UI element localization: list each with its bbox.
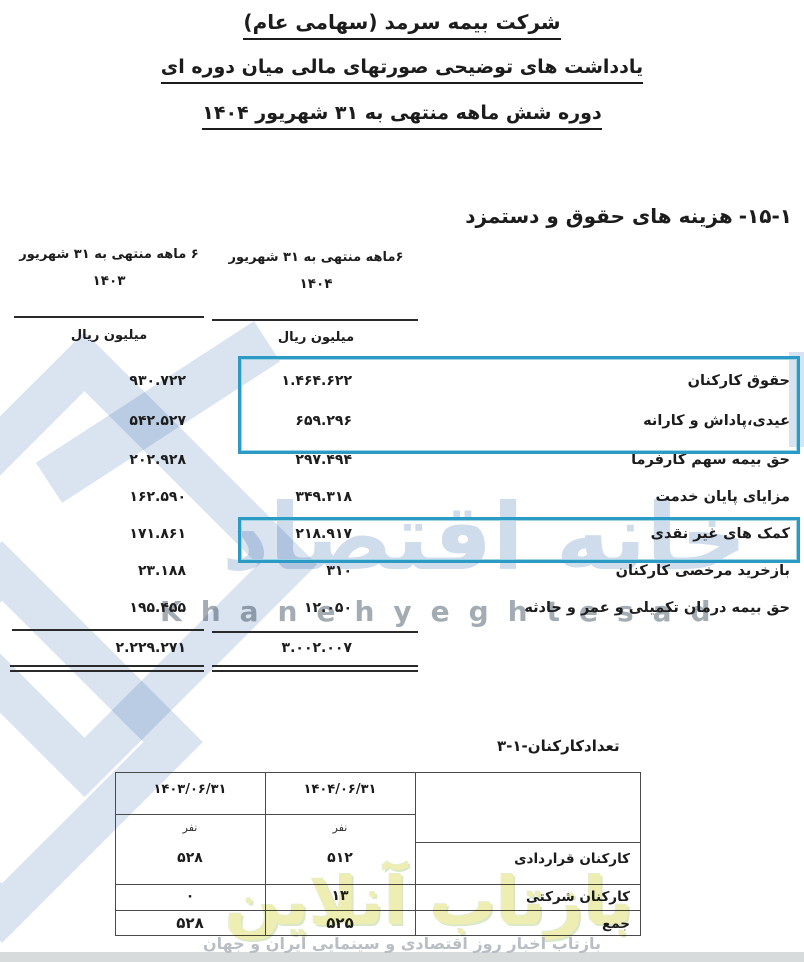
company-title-text: شرکت بیمه سرمد (سهامی عام) xyxy=(243,10,560,40)
employees-row-label: کارکنان قراردادی xyxy=(514,851,630,867)
employees-value-1403: ۵۲۸ xyxy=(116,850,264,866)
employees-unit-1403: نفر xyxy=(116,821,264,834)
note-number-part: - xyxy=(771,204,779,228)
value-1403: ۱۹۵.۴۵۵ xyxy=(46,600,186,616)
column-year-1403: ۱۴۰۳ xyxy=(14,273,204,290)
employees-total-1404: ۵۲۵ xyxy=(266,914,414,932)
statement-title: یادداشت های توضیحی صورتهای مالی میان دور… xyxy=(0,56,804,84)
note-employees-title: تعدادکارکنان xyxy=(528,737,620,755)
column-year-1404: ۱۴۰۴ xyxy=(214,276,418,293)
statement-title-text: یادداشت های توضیحی صورتهای مالی میان دور… xyxy=(161,56,643,84)
note-number-part: ۱ xyxy=(780,204,792,228)
row-label: حق بیمه سهم کارفرما xyxy=(631,452,790,468)
note-number-part: ۱ xyxy=(512,737,521,755)
period-title-text: دوره شش ماهه منتهی به ۳۱ شهریور ۱۴۰۴ xyxy=(202,102,601,130)
row-label: مزایای پایان خدمت xyxy=(655,489,790,505)
employees-date-1404: ۱۴۰۴/۰۶/۳۱ xyxy=(266,782,414,797)
value-1404: ۳۱۰ xyxy=(212,563,352,579)
value-1404: ۳۴۹.۳۱۸ xyxy=(212,489,352,505)
company-title: شرکت بیمه سرمد (سهامی عام) xyxy=(0,10,804,40)
note-salary-heading: هزینه های حقوق و دستمزد - ۱۵ - ۱ xyxy=(465,204,792,228)
total-double-rule-1403 xyxy=(10,670,204,672)
total-row: ۲.۲۲۹.۲۷۱ ۳.۰۰۲.۰۰۷ xyxy=(0,640,804,660)
header-rule-1403 xyxy=(14,316,204,318)
employees-date-1403: ۱۴۰۳/۰۶/۳۱ xyxy=(116,782,264,797)
total-double-rule-1404 xyxy=(212,665,418,667)
table-border xyxy=(415,842,640,843)
total-double-rule-1403 xyxy=(10,665,204,667)
row-label: بازخرید مرخصی کارکنان xyxy=(616,563,790,579)
table-row: ۱۶۲.۵۹۰ ۳۴۹.۳۱۸ مزایای پایان خدمت xyxy=(0,489,804,509)
table-border xyxy=(415,772,416,936)
value-1403: ۵۴۲.۵۲۷ xyxy=(46,413,186,429)
highlight-box-noncash xyxy=(238,517,800,563)
employees-value-1404: ۱۳ xyxy=(266,888,414,904)
table-border xyxy=(115,772,640,773)
employees-total-1403: ۵۲۸ xyxy=(116,914,264,932)
value-1403: ۱۶۲.۵۹۰ xyxy=(46,489,186,505)
note-employees-heading: ۳ - ۱ - تعدادکارکنان xyxy=(497,737,620,755)
scanned-document-page: خانه اقتصاد Khanehyeghtesad شرکت بیمه سر… xyxy=(0,0,804,962)
note-salary-title: هزینه های حقوق و دستمزد xyxy=(465,204,733,228)
total-double-rule-1404 xyxy=(212,670,418,672)
column-period-1404: ۶ماهه منتهی به ۳۱ شهریور xyxy=(214,250,418,266)
table-border xyxy=(115,884,640,885)
total-1403: ۲.۲۲۹.۲۷۱ xyxy=(46,640,186,656)
subtotal-rule-1403 xyxy=(12,629,204,631)
unit-label-1403: میلیون ریال xyxy=(14,328,204,343)
unit-label-1404: میلیون ریال xyxy=(214,330,418,345)
row-label: حق بیمه درمان تکمیلی و عمر و حادثه xyxy=(524,600,790,616)
employees-total-label: جمع xyxy=(602,916,630,932)
subtotal-rule-1404 xyxy=(212,631,418,633)
value-1403: ۲۳.۱۸۸ xyxy=(46,563,186,579)
value-1404: ۲۹۷.۴۹۴ xyxy=(212,452,352,468)
value-1403: ۲۰۲.۹۲۸ xyxy=(46,452,186,468)
employees-row-label: کارکنان شرکتی xyxy=(526,889,630,905)
news-watermark-tagline: بازتاب اخبار روز اقتصادی و سینمایی ایران… xyxy=(152,934,652,953)
employees-value-1403: ۰ xyxy=(116,888,264,904)
note-number-part: - xyxy=(739,204,747,228)
table-row: ۱۹۵.۴۵۵ ۱۲.۰۵۰ حق بیمه درمان تکمیلی و عم… xyxy=(0,600,804,620)
note-number-part: ۱۵ xyxy=(747,204,771,228)
column-header-1403: ۶ ماهه منتهی به ۳۱ شهریور ۱۴۰۳ xyxy=(14,247,204,290)
period-title: دوره شش ماهه منتهی به ۳۱ شهریور ۱۴۰۴ xyxy=(0,102,804,130)
header-rule-1404 xyxy=(212,319,418,321)
value-1403: ۱۷۱.۸۶۱ xyxy=(46,526,186,542)
scan-edge-band xyxy=(0,952,804,962)
table-border xyxy=(115,910,640,911)
column-header-1404: ۶ماهه منتهی به ۳۱ شهریور ۱۴۰۴ xyxy=(214,250,418,293)
value-1404: ۱۲.۰۵۰ xyxy=(212,600,352,616)
table-row: ۲۳.۱۸۸ ۳۱۰ بازخرید مرخصی کارکنان xyxy=(0,563,804,583)
table-border xyxy=(640,772,641,936)
table-row: ۲۰۲.۹۲۸ ۲۹۷.۴۹۴ حق بیمه سهم کارفرما xyxy=(0,452,804,472)
column-period-1403: ۶ ماهه منتهی به ۳۱ شهریور xyxy=(14,247,204,263)
note-number-part: ۳ xyxy=(497,737,506,755)
total-1404: ۳.۰۰۲.۰۰۷ xyxy=(212,640,352,656)
employees-unit-1404: نفر xyxy=(266,821,414,834)
highlight-box-salary-bonus xyxy=(238,356,800,454)
employees-value-1404: ۵۱۲ xyxy=(266,850,414,866)
value-1403: ۹۳۰.۷۲۲ xyxy=(46,373,186,389)
